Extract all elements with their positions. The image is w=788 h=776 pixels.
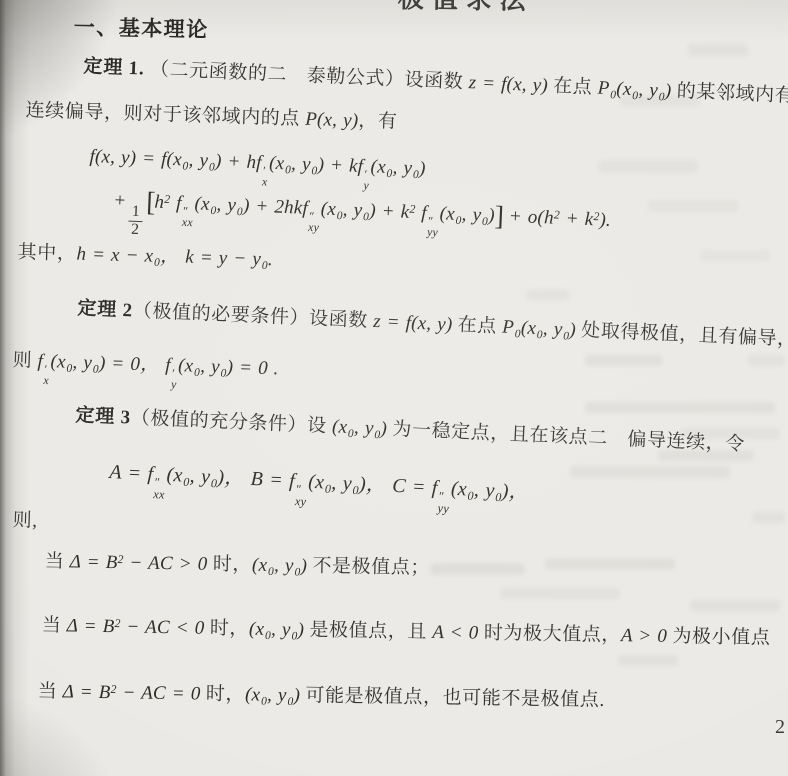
formula-fragment: f(x, y) = f(x0, y0) + hf′x(x0, y0) + kf′… xyxy=(89,146,426,179)
case-delta-zero: 当 Δ = B2 − AC = 0 时，(x0, y0) 可能是极值点，也可能不… xyxy=(38,680,605,714)
formula-fragment: (x0, y0) xyxy=(332,416,388,439)
text-fragment: 不是极值点； xyxy=(307,556,430,579)
text-fragment: （极值的充分条件）设 xyxy=(130,407,332,437)
formula-fragment: (x0, y0) xyxy=(245,684,300,706)
formula-fragment: (x0, y0) xyxy=(249,619,304,641)
text-fragment: 为一稳定点，且在该点二 偏导连续，令 xyxy=(387,419,746,456)
formula-fragment: (x0, y0) xyxy=(252,555,307,577)
page-number: 2 xyxy=(775,715,785,740)
text-fragment: 时为极大值点， xyxy=(478,623,621,646)
text-fragment: 在点 xyxy=(452,314,503,337)
formula-fragment: f′x(x0, y0) = 0， f′y(x0, y0) = 0 xyxy=(37,351,268,379)
theorem1-intro-line: 定理 1. （二元函数的二 泰勒公式）设函数 z = f(x, y) 在点 P0… xyxy=(83,55,788,111)
section-heading: 一、基本理论 xyxy=(73,14,209,43)
text-fragment: 为极小值点 xyxy=(667,626,771,649)
text-fragment: 其中， xyxy=(17,242,76,265)
bleed-through-smudge xyxy=(618,655,678,666)
bleed-through-smudge xyxy=(648,200,738,212)
text-fragment: 当 xyxy=(42,615,67,636)
bleed-through-smudge xyxy=(700,250,770,261)
text-fragment: 定理 1. xyxy=(83,56,150,80)
bleed-through-smudge xyxy=(688,44,748,56)
text-fragment: 处取得极值，且有偏导， xyxy=(575,320,788,351)
text-fragment: 当 xyxy=(45,551,70,572)
bleed-through-smudge xyxy=(526,290,570,300)
bleed-through-smudge xyxy=(598,160,698,173)
where-definitions-line: 其中，h = x − x0， k = y − y0. xyxy=(17,241,273,273)
text-fragment: 定理 3 xyxy=(75,405,131,428)
text-fragment: 时， xyxy=(204,618,249,640)
text-fragment: 时， xyxy=(200,684,245,706)
formula-fragment: A = f″xx(x0, y0)， B = f″xy(x0, y0)， C = … xyxy=(109,461,529,503)
text-fragment: 在点 xyxy=(547,75,598,98)
case-delta-negative: 当 Δ = B2 − AC < 0 时，(x0, y0) 是极值点，且 A < … xyxy=(42,614,771,652)
formula-fragment: Δ = B2 − AC > 0 xyxy=(70,551,208,574)
formula-fragment: h = x − x0， k = y − y0. xyxy=(76,244,273,270)
text-fragment: ，有 xyxy=(358,110,398,132)
formula-fragment: A > 0 xyxy=(621,625,667,647)
text-fragment: 时， xyxy=(207,554,252,576)
scanned-textbook-page: 极值求法 一、基本理论 定理 1. （二元函数的二 泰勒公式）设函数 z = f… xyxy=(0,0,788,776)
bleed-through-smudge xyxy=(545,558,675,570)
formula-fragment: z = f(x, y) xyxy=(373,311,453,335)
formula-fragment: A < 0 xyxy=(432,622,478,644)
theorem2-conclusion-line: 则 f′x(x0, y0) = 0， f′y(x0, y0) = 0 . xyxy=(12,349,279,393)
text-fragment: 当 xyxy=(38,681,63,702)
text-fragment: 可能是极值点，也可能不是极值点. xyxy=(300,685,605,711)
bleed-through-smudge xyxy=(690,600,780,612)
formula-fragment: z = f(x, y) xyxy=(468,72,548,96)
bleed-through-smudge xyxy=(570,466,730,478)
text-fragment: （极值的必要条件）设函数 xyxy=(132,300,373,331)
text-fragment: 定理 2 xyxy=(77,298,133,321)
formula-fragment: P0(x0, y0) xyxy=(597,78,672,102)
formula-fragment: P0(x0, y0) xyxy=(502,317,577,341)
theorem3-intro-line: 定理 3（极值的充分条件）设 (x0, y0) 为一稳定点，且在该点二 偏导连续… xyxy=(75,404,745,458)
text-fragment: 则 xyxy=(12,350,38,372)
text-fragment: 的某邻域内有二 xyxy=(671,81,788,108)
bleed-through-smudge xyxy=(585,402,775,413)
text-fragment: 则, xyxy=(12,510,37,532)
text-fragment: . xyxy=(267,358,278,379)
bleed-through-smudge xyxy=(500,588,620,599)
theorem2-intro-line: 定理 2（极值的必要条件）设函数 z = f(x, y) 在点 P0(x0, y… xyxy=(77,297,788,354)
formula-fragment: P(x, y) xyxy=(305,109,359,132)
theorem1-second-line: 连续偏导，则对于该邻域内的点 P(x, y)，有 xyxy=(25,99,398,134)
bleed-through-smudge xyxy=(585,355,663,366)
formula-fragment: Δ = B2 − AC < 0 xyxy=(67,615,205,638)
then-label: 则, xyxy=(12,509,38,533)
clipped-chapter-title: 极值求法 xyxy=(398,0,534,17)
bleed-through-smudge xyxy=(752,512,785,523)
formula-fragment: Δ = B2 − AC = 0 xyxy=(63,681,201,704)
bleed-through-smudge xyxy=(748,355,784,366)
case-delta-positive: 当 Δ = B2 − AC > 0 时，(x0, y0) 不是极值点； xyxy=(45,550,431,582)
bleed-through-smudge xyxy=(430,563,525,575)
formula-fragment: +12[h2 f″xx(x0, y0) + 2hkf″xy(x0, y0) + … xyxy=(113,190,611,231)
text-fragment: （二元函数的二 泰勒公式）设函数 xyxy=(150,59,470,93)
text-fragment: 连续偏导，则对于该邻域内的点 xyxy=(25,100,305,130)
abc-definitions-formula: A = f″xx(x0, y0)， B = f″xy(x0, y0)， C = … xyxy=(108,460,529,518)
text-fragment: 是极值点，且 xyxy=(304,620,433,643)
